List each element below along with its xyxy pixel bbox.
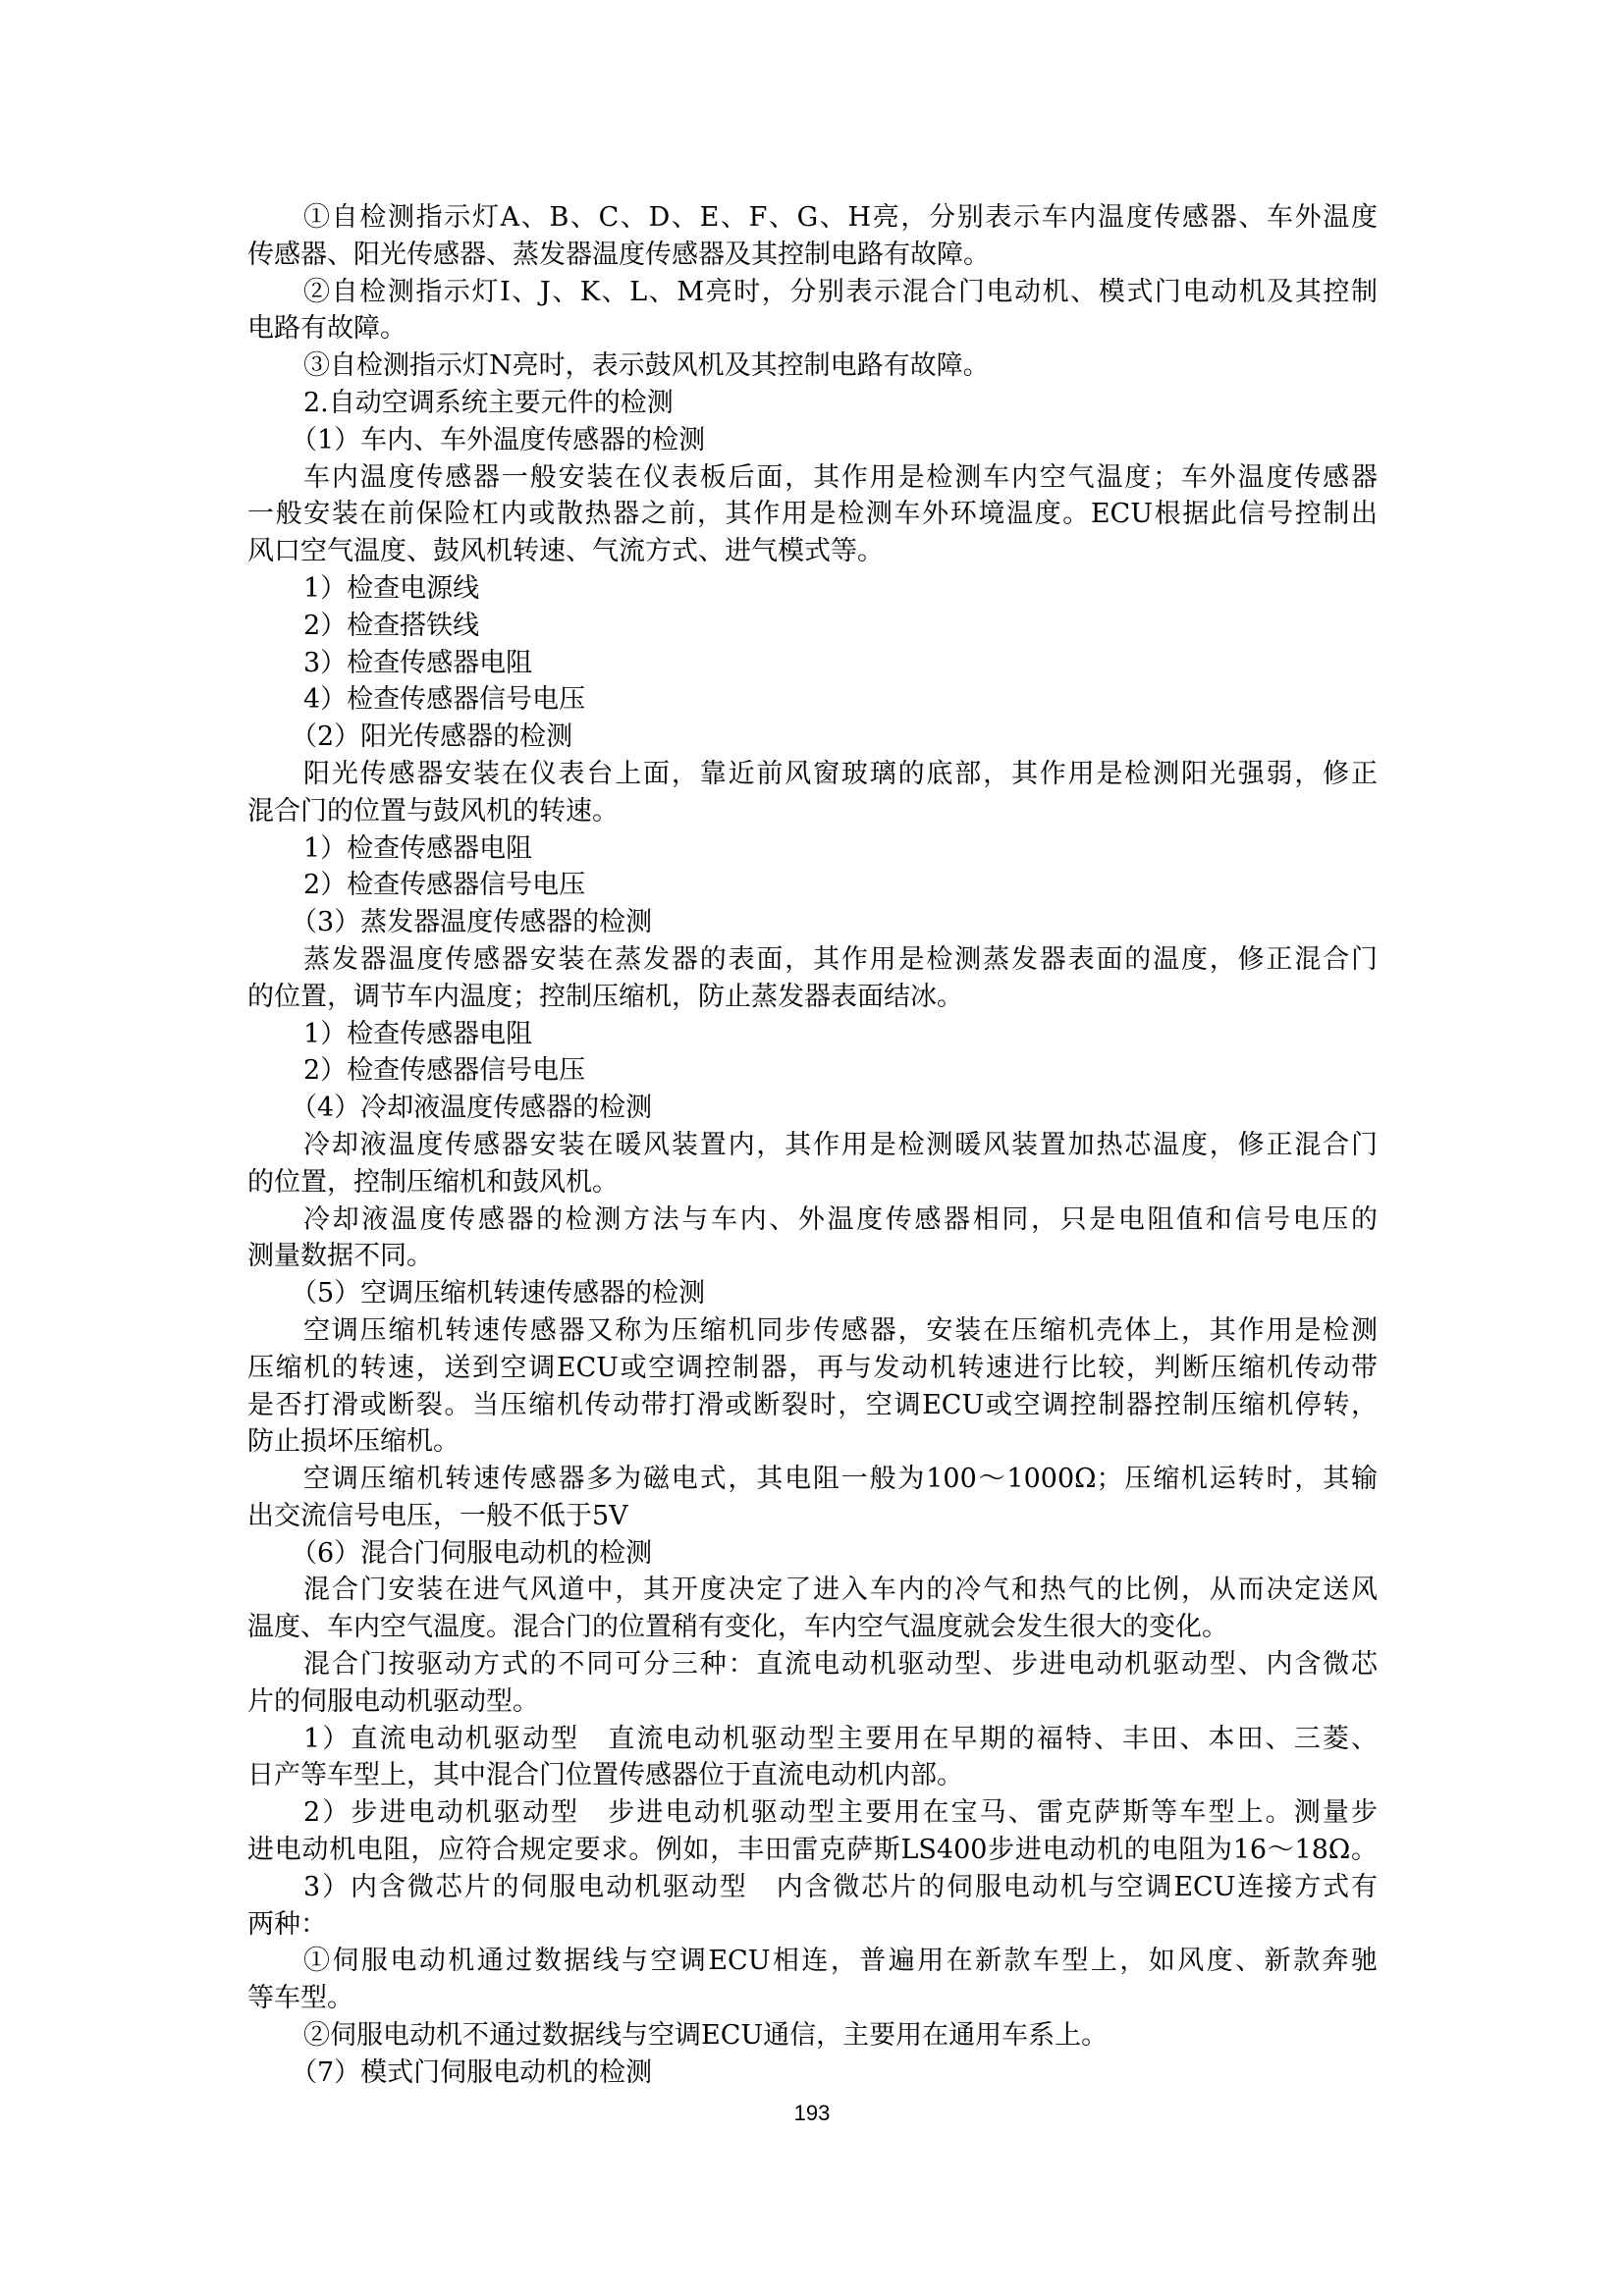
paragraph-coolant-sensor: 冷却液温度传感器安装在暖风装置内，其作用是检测暖风装置加热芯温度，修正混合门	[247, 1127, 1378, 1164]
list-item: 4）检查传感器信号电压	[247, 681, 1378, 719]
paragraph-coolant-sensor-cont: 的位置，控制压缩机和鼓风机。	[247, 1164, 1378, 1201]
subsection-heading-6: （6）混合门伺服电动机的检测	[247, 1535, 1378, 1573]
page-number: 193	[0, 2101, 1624, 2126]
paragraph-servo-no-data-line: ②伺服电动机不通过数据线与空调ECU通信，主要用在通用车系上。	[247, 2017, 1378, 2055]
paragraph-evaporator-sensor-cont: 的位置，调节车内温度；控制压缩机，防止蒸发器表面结冰。	[247, 979, 1378, 1016]
paragraph-compressor-resistance: 空调压缩机转速传感器多为磁电式，其电阻一般为100～1000Ω；压缩机运转时，其…	[247, 1461, 1378, 1498]
list-item: 2）检查搭铁线	[247, 608, 1378, 645]
document-page: ①自检测指示灯A、B、C、D、E、F、G、H亮，分别表示车内温度传感器、车外温度…	[0, 0, 1624, 2296]
paragraph-servo-data-line-cont: 等车型。	[247, 1980, 1378, 2017]
paragraph-temp-sensor-cont-2: 风口空气温度、鼓风机转速、气流方式、进气模式等。	[247, 533, 1378, 570]
paragraph-compressor-speed-sensor-cont-1: 压缩机的转速，送到空调ECU或空调控制器，再与发动机转速进行比较，判断压缩机传动…	[247, 1350, 1378, 1387]
paragraph-temp-sensor: 车内温度传感器一般安装在仪表板后面，其作用是检测车内空气温度；车外温度传感器	[247, 459, 1378, 497]
paragraph-servo-motor-type: 3）内含微芯片的伺服电动机驱动型 内含微芯片的伺服电动机与空调ECU连接方式有	[247, 1869, 1378, 1906]
paragraph-stepper-motor-type: 2）步进电动机驱动型 步进电动机驱动型主要用在宝马、雷克萨斯等车型上。测量步	[247, 1794, 1378, 1832]
paragraph-mix-door-types-cont: 片的伺服电动机驱动型。	[247, 1683, 1378, 1721]
list-item: 1）检查传感器电阻	[247, 1016, 1378, 1053]
paragraph-mix-door-types: 混合门按驱动方式的不同可分三种：直流电动机驱动型、步进电动机驱动型、内含微芯	[247, 1646, 1378, 1683]
paragraph-fault-indicator-3: ③自检测指示灯N亮时，表示鼓风机及其控制电路有故障。	[247, 347, 1378, 385]
paragraph-evaporator-sensor: 蒸发器温度传感器安装在蒸发器的表面，其作用是检测蒸发器表面的温度，修正混合门	[247, 941, 1378, 979]
paragraph-servo-data-line: ①伺服电动机通过数据线与空调ECU相连，普遍用在新款车型上，如风度、新款奔驰	[247, 1943, 1378, 1980]
paragraph-mix-door-cont: 温度、车内空气温度。混合门的位置稍有变化，车内空气温度就会发生很大的变化。	[247, 1609, 1378, 1646]
paragraph-compressor-speed-sensor-cont-3: 防止损坏压缩机。	[247, 1423, 1378, 1461]
paragraph-stepper-motor-type-cont: 进电动机电阻，应符合规定要求。例如，丰田雷克萨斯LS400步进电动机的电阻为16…	[247, 1832, 1378, 1869]
list-item: 1）检查传感器电阻	[247, 830, 1378, 868]
paragraph-coolant-method: 冷却液温度传感器的检测方法与车内、外温度传感器相同，只是电阻值和信号电压的	[247, 1201, 1378, 1239]
subsection-heading-5: （5）空调压缩机转速传感器的检测	[247, 1275, 1378, 1312]
subsection-heading-1: （1）车内、车外温度传感器的检测	[247, 422, 1378, 459]
section-heading-2: 2.自动空调系统主要元件的检测	[247, 385, 1378, 422]
list-item: 2）检查传感器信号电压	[247, 1052, 1378, 1090]
paragraph-temp-sensor-cont-1: 一般安装在前保险杠内或散热器之前，其作用是检测车外环境温度。ECU根据此信号控制…	[247, 496, 1378, 533]
paragraph-servo-motor-type-cont: 两种：	[247, 1906, 1378, 1944]
paragraph-compressor-resistance-cont: 出交流信号电压，一般不低于5V	[247, 1498, 1378, 1535]
subsection-heading-4: （4）冷却液温度传感器的检测	[247, 1090, 1378, 1127]
paragraph-fault-indicator-2: ②自检测指示灯I、J、K、L、M亮时，分别表示混合门电动机、模式门电动机及其控制	[247, 274, 1378, 311]
list-item: 3）检查传感器电阻	[247, 645, 1378, 682]
body-text: ①自检测指示灯A、B、C、D、E、F、G、H亮，分别表示车内温度传感器、车外温度…	[247, 199, 1378, 2092]
subsection-heading-7: （7）模式门伺服电动机的检测	[247, 2055, 1378, 2092]
paragraph-fault-indicator-2-cont: 电路有故障。	[247, 310, 1378, 347]
paragraph-dc-motor-type: 1）直流电动机驱动型 直流电动机驱动型主要用在早期的福特、丰田、本田、三菱、	[247, 1721, 1378, 1758]
subsection-heading-3: （3）蒸发器温度传感器的检测	[247, 904, 1378, 941]
paragraph-fault-indicator-1-cont: 传感器、阳光传感器、蒸发器温度传感器及其控制电路有故障。	[247, 237, 1378, 274]
subsection-heading-2: （2）阳光传感器的检测	[247, 719, 1378, 756]
paragraph-compressor-speed-sensor-cont-2: 是否打滑或断裂。当压缩机传动带打滑或断裂时，空调ECU或空调控制器控制压缩机停转…	[247, 1387, 1378, 1424]
paragraph-coolant-method-cont: 测量数据不同。	[247, 1238, 1378, 1275]
paragraph-sun-sensor-cont: 混合门的位置与鼓风机的转速。	[247, 793, 1378, 830]
list-item: 1）检查电源线	[247, 570, 1378, 608]
paragraph-sun-sensor: 阳光传感器安装在仪表台上面，靠近前风窗玻璃的底部，其作用是检测阳光强弱，修正	[247, 756, 1378, 793]
list-item: 2）检查传感器信号电压	[247, 867, 1378, 904]
paragraph-mix-door: 混合门安装在进气风道中，其开度决定了进入车内的冷气和热气的比例，从而决定送风	[247, 1572, 1378, 1609]
paragraph-fault-indicator-1: ①自检测指示灯A、B、C、D、E、F、G、H亮，分别表示车内温度传感器、车外温度	[247, 199, 1378, 237]
paragraph-compressor-speed-sensor: 空调压缩机转速传感器又称为压缩机同步传感器，安装在压缩机壳体上，其作用是检测	[247, 1312, 1378, 1350]
paragraph-dc-motor-type-cont: 日产等车型上，其中混合门位置传感器位于直流电动机内部。	[247, 1757, 1378, 1794]
